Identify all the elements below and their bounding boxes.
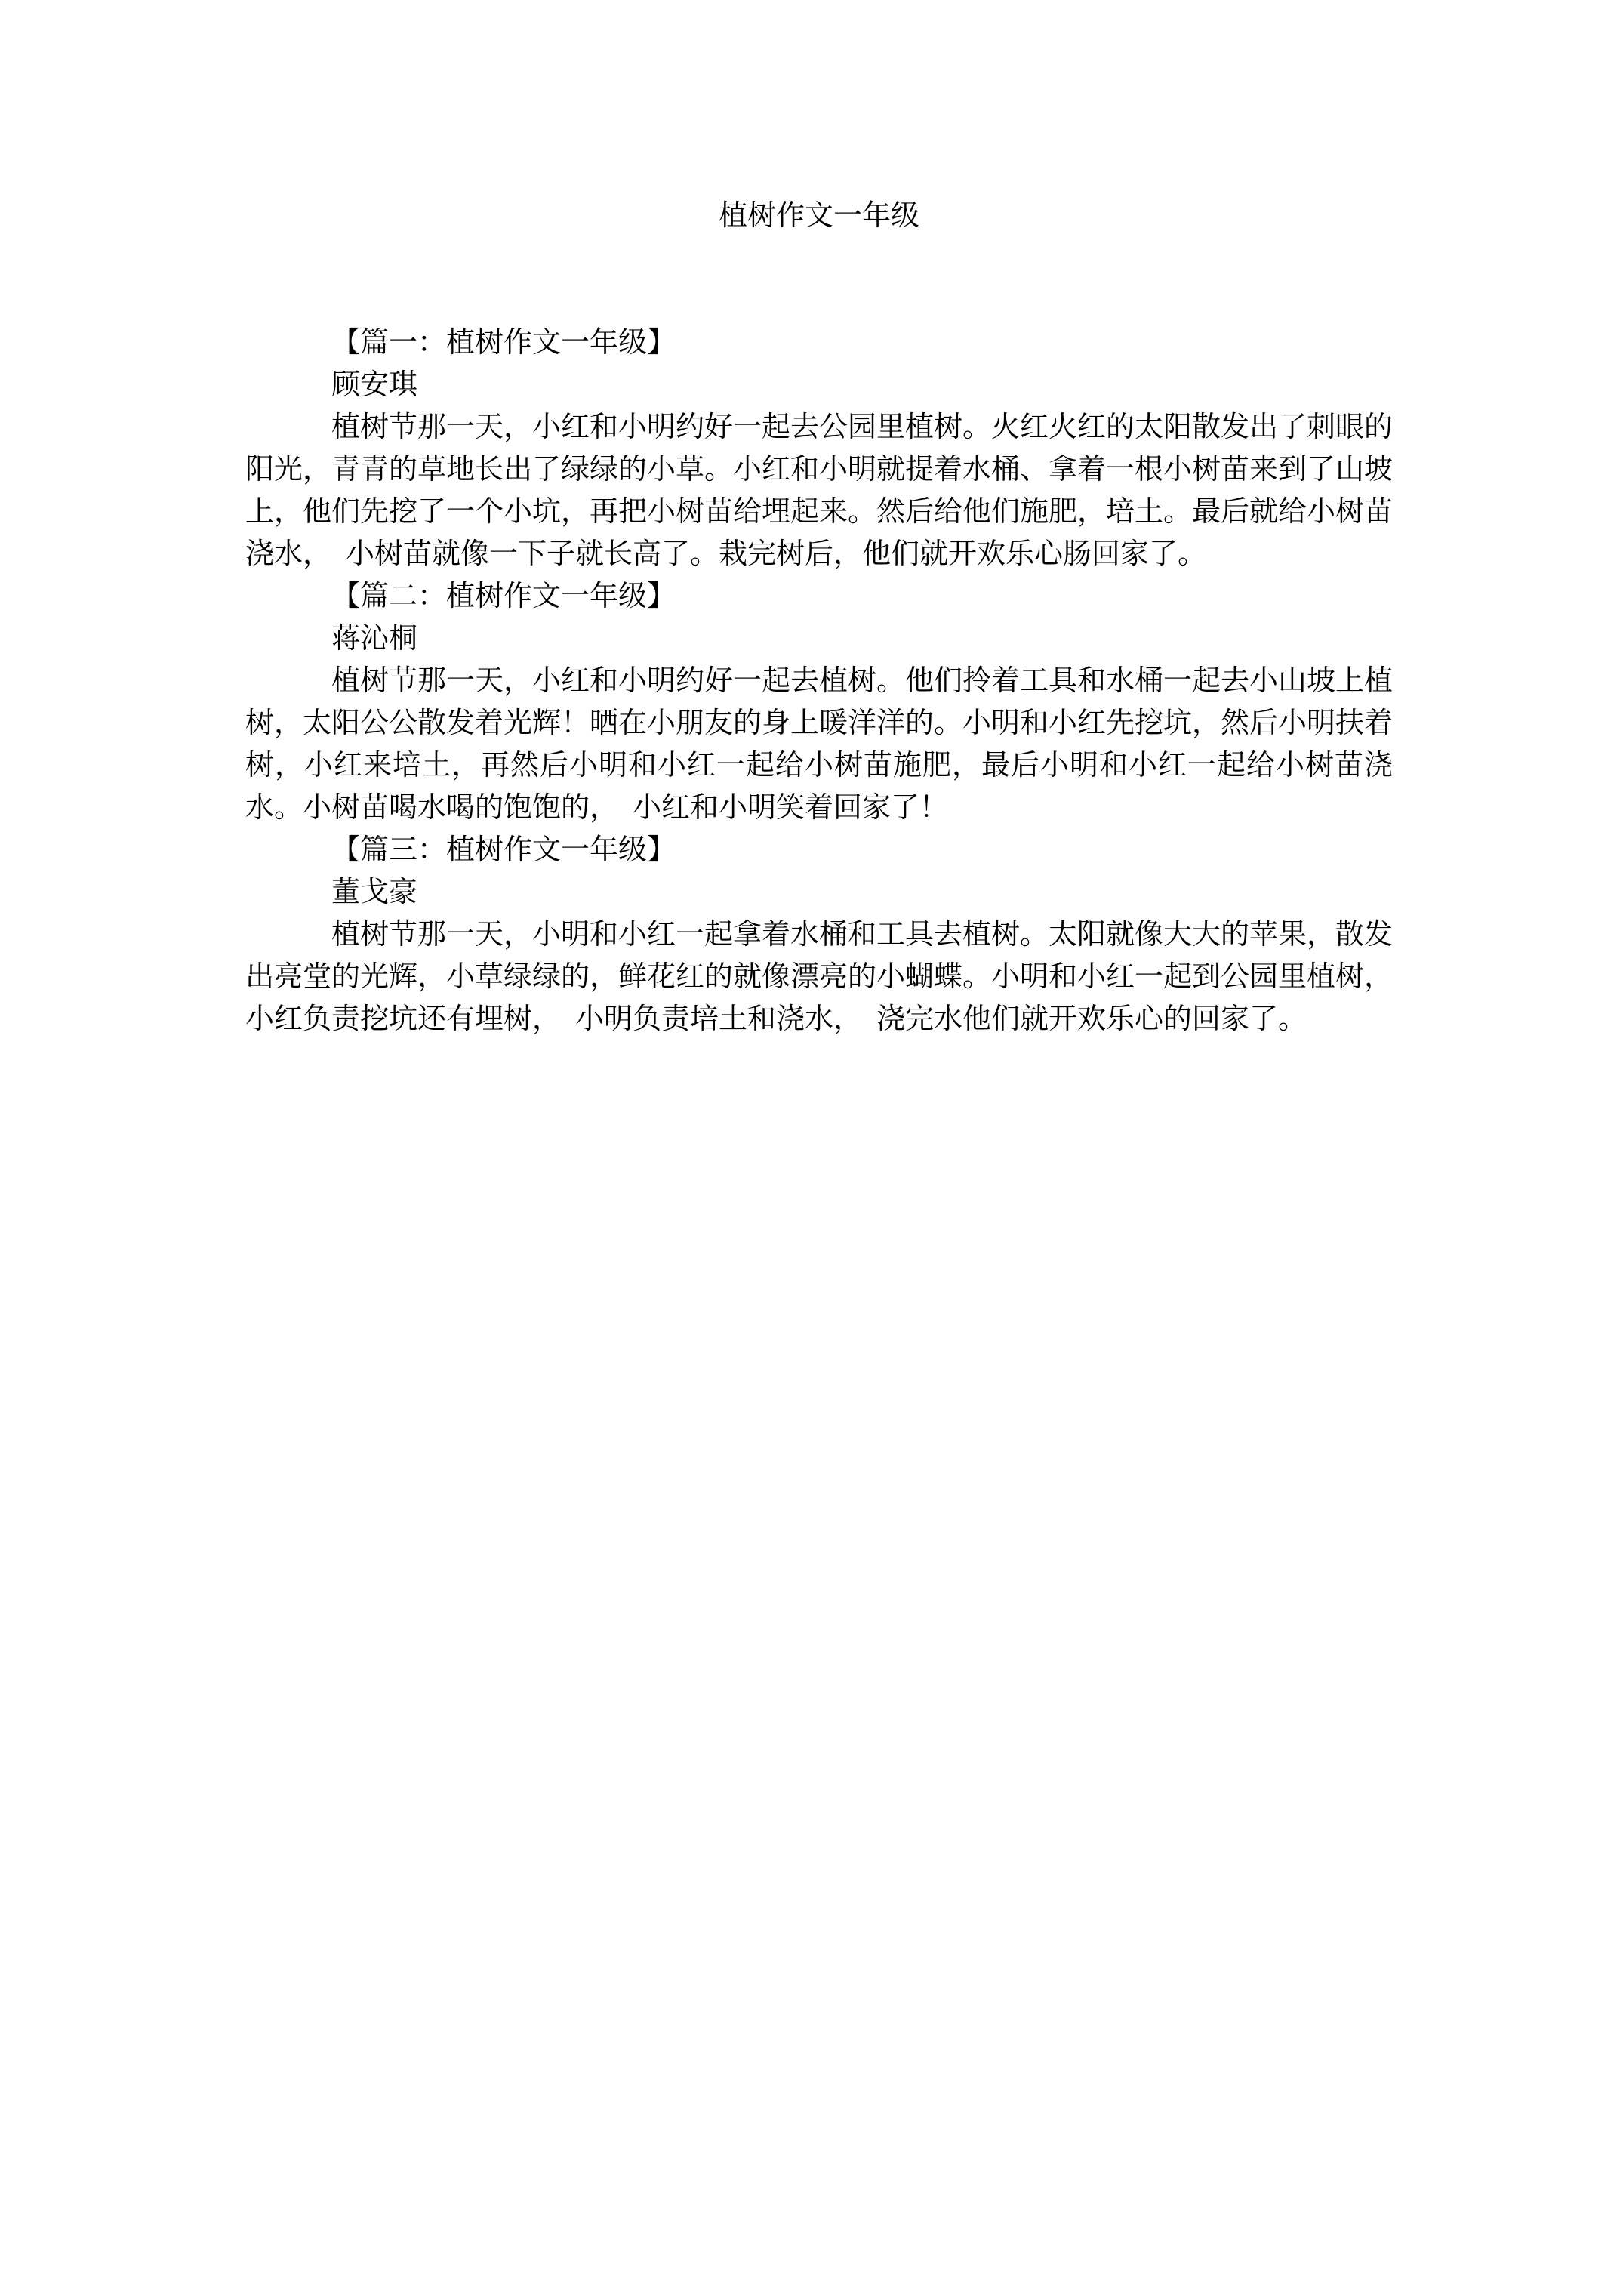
section-1-header: 【篇一：植树作文一年级】	[245, 322, 1393, 364]
section-2-paragraph: 植树节那一天，小红和小明约好一起去植树。他们拎着工具和水桶一起去小山坡上植树，太…	[245, 660, 1393, 829]
section-2-author: 蒋沁桐	[245, 618, 1393, 660]
document-title: 植树作文一年级	[245, 195, 1393, 237]
document-page: 植树作文一年级 【篇一：植树作文一年级】 顾安琪 植树节那一天，小红和小明约好一…	[0, 0, 1623, 2296]
section-3-author: 董戈豪	[245, 871, 1393, 914]
section-1-author: 顾安琪	[245, 364, 1393, 406]
section-3-paragraph: 植树节那一天，小明和小红一起拿着水桶和工具去植树。太阳就像大大的苹果，散发出亮堂…	[245, 914, 1393, 1040]
section-1-paragraph: 植树节那一天，小红和小明约好一起去公园里植树。火红火红的太阳散发出了刺眼的阳光，…	[245, 406, 1393, 575]
section-2-header: 【篇二：植树作文一年级】	[245, 575, 1393, 618]
essay-section-1: 【篇一：植树作文一年级】 顾安琪 植树节那一天，小红和小明约好一起去公园里植树。…	[245, 322, 1393, 575]
essay-section-3: 【篇三：植树作文一年级】 董戈豪 植树节那一天，小明和小红一起拿着水桶和工具去植…	[245, 829, 1393, 1040]
essay-section-2: 【篇二：植树作文一年级】 蒋沁桐 植树节那一天，小红和小明约好一起去植树。他们拎…	[245, 575, 1393, 829]
section-3-header: 【篇三：植树作文一年级】	[245, 829, 1393, 871]
